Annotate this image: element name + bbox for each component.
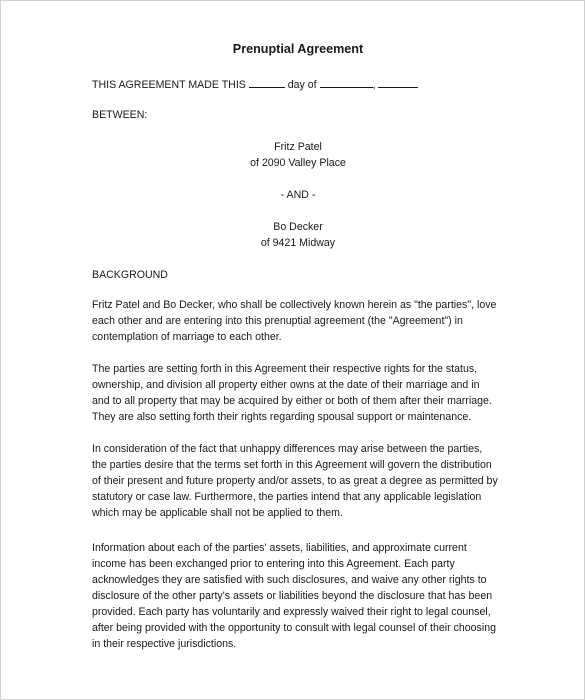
and-separator: - AND - [1,189,585,201]
paragraph-2: The parties are setting forth in this Ag… [92,361,532,425]
paragraph-line: ownership, and division all property eit… [92,377,532,393]
paragraph-line: in their respective jurisdictions. [92,636,532,652]
paragraph-line: acknowledges they are satisfied with suc… [92,572,532,588]
party1-name: Fritz Patel [1,141,585,153]
paragraph-4: Information about each of the parties' a… [92,540,532,652]
paragraph-line: provided. Each party has voluntarily and… [92,604,532,620]
document-title: Prenuptial Agreement [1,42,585,56]
paragraph-line: contemplation of marriage to each other. [92,329,532,345]
paragraph-line: disclosure of the other party's assets o… [92,588,532,604]
paragraph-line: Fritz Patel and Bo Decker, who shall be … [92,297,532,313]
intro-prefix: THIS AGREEMENT MADE THIS [92,79,246,91]
intro-middle: day of [288,79,317,91]
day-blank [249,78,285,88]
agreement-date-line: THIS AGREEMENT MADE THIS day of , [92,78,418,91]
paragraph-line: statutory or case law. Furthermore, the … [92,489,532,505]
paragraph-line: the parties desire that the terms set fo… [92,457,532,473]
paragraph-1: Fritz Patel and Bo Decker, who shall be … [92,297,532,345]
intro-separator: , [373,79,376,91]
between-label: BETWEEN: [92,109,147,121]
paragraph-line: income has been exchanged prior to enter… [92,556,532,572]
paragraph-line: They are also setting forth their rights… [92,409,532,425]
document-page: Prenuptial Agreement THIS AGREEMENT MADE… [0,0,585,700]
month-blank [320,78,373,88]
party2-name: Bo Decker [1,221,585,233]
paragraph-line: In consideration of the fact that unhapp… [92,441,532,457]
party2-address: of 9421 Midway [1,237,585,249]
background-heading: BACKGROUND [92,269,168,281]
party1-address: of 2090 Valley Place [1,157,585,169]
paragraph-line: of their present and future property and… [92,473,532,489]
paragraph-line: The parties are setting forth in this Ag… [92,361,532,377]
year-blank [378,78,418,88]
paragraph-3: In consideration of the fact that unhapp… [92,441,532,521]
paragraph-line: which may be applicable shall not be app… [92,505,532,521]
paragraph-line: after being provided with the opportunit… [92,620,532,636]
paragraph-line: Information about each of the parties' a… [92,540,532,556]
paragraph-line: each other and are entering into this pr… [92,313,532,329]
paragraph-line: and to all property that may be acquired… [92,393,532,409]
